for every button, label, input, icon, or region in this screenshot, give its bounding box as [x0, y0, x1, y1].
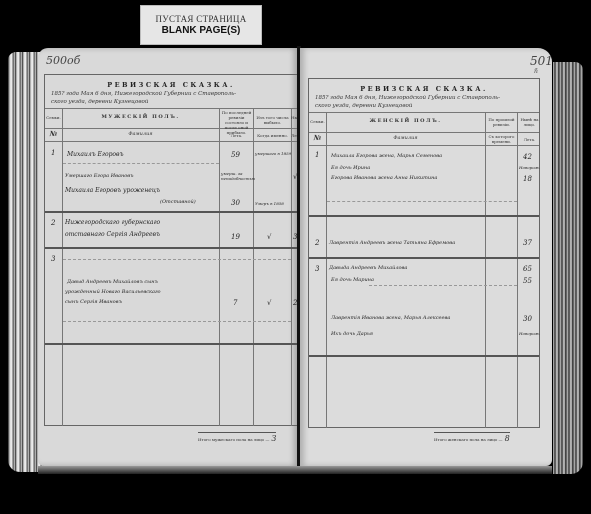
entry-age-prev: 7: [233, 299, 237, 307]
entry-name: урожденный Новаго Васильевскаго: [65, 289, 161, 295]
header-family: Семьи.: [45, 115, 62, 120]
entry-name: Давыда Андреевъ Михайлова: [329, 265, 407, 271]
entry-name: Михаила Егоровъ уроженецъ: [65, 187, 160, 194]
entry-age-prev: умерш. за ненадобностью: [221, 171, 253, 181]
entry-name: Ихъ дочь Дарья: [331, 331, 373, 337]
blank-page-label-en: BLANK PAGE(S): [141, 25, 261, 36]
header-female-sex: ЖЕНСКІЙ ПОЛЪ.: [326, 119, 485, 124]
dateline-line-1: 185? года Мая 6 дня, Нижегородской Губер…: [51, 90, 293, 98]
entry-age: Новорож.: [519, 331, 540, 336]
entry-name: Михаилъ Егоровъ: [67, 151, 124, 158]
male-total-label: Итого мужескаго пола на лицо —: [198, 437, 269, 442]
entry-name: Давыд Андреевъ Михайловъ сынъ: [67, 279, 158, 285]
blank-page-label-ru: ПУСТАЯ СТРАНИЦА: [141, 14, 261, 24]
entry-age-prev: 30: [231, 199, 240, 207]
entry-departed-note: умершаго в 1859: [255, 151, 291, 156]
revision-form-female: РЕВИЗСКАЯ СКАЗКА. 185? года Мая 6 дня, Н…: [308, 78, 540, 428]
revision-form-male: РЕВИЗСКАЯ СКАЗКА. 185? года Мая 6 дня, Н…: [44, 74, 298, 426]
female-total-value: 8: [505, 434, 510, 443]
entry-name: Михаила Егорова жена, Марья Семенова: [331, 153, 442, 159]
header-now: Нынѣ на лицо.: [518, 117, 541, 127]
entry-name: (Отставной): [160, 199, 196, 205]
entry-age: 37: [523, 239, 532, 247]
entry-name: Ея дочь Ирина: [331, 165, 370, 171]
male-total-footer: Итого мужескаго пола на лицо —3: [198, 432, 276, 443]
entry-departed-note: √: [267, 299, 271, 307]
female-total-footer: Итого женскаго пола на лицо —8: [434, 432, 510, 443]
header-since-when: Съ которого времени.: [486, 134, 517, 144]
entry-age: 42: [523, 153, 532, 161]
male-total-value: 3: [271, 434, 276, 443]
entry-age-prev: 19: [231, 233, 240, 241]
family-number: 2: [315, 239, 319, 247]
entry-age-prev: 59: [231, 151, 240, 159]
folio-number-left: 500об: [46, 54, 80, 67]
entry-name: отставнаго Сергія Андреевъ: [65, 231, 160, 238]
header-previous-revision: По последней ревизіи состояло и после он…: [220, 110, 253, 135]
folio-sub-mark: ñ: [534, 68, 538, 75]
family-number: 1: [51, 149, 55, 157]
entry-name: Лаврентія Иванова жена, Марья Алексеева: [331, 315, 450, 321]
family-number: 2: [51, 219, 55, 227]
dateline-line-2: ского уезда, деревни Кузнецовой: [315, 102, 535, 110]
family-number: 3: [51, 255, 55, 263]
left-page: 500об РЕВИЗСКАЯ СКАЗКА. 185? года Мая 6 …: [38, 48, 298, 466]
form-title: РЕВИЗСКАЯ СКАЗКА.: [309, 85, 539, 93]
entry-age: 18: [523, 175, 532, 183]
header-now-age: Лета.: [518, 137, 541, 142]
header-family: Семьи.: [309, 119, 326, 124]
book-bottom-edge: [38, 466, 552, 474]
header-male-sex: МУЖЕСКІЙ ПОЛЪ.: [62, 115, 219, 120]
entry-name: Умершаго Егора Ивановъ: [65, 173, 134, 179]
entry-age: 55: [523, 277, 532, 285]
blank-page-label: ПУСТАЯ СТРАНИЦА BLANK PAGE(S): [140, 5, 262, 45]
header-number-mark: №: [309, 135, 326, 140]
page-edges-right: [553, 62, 583, 474]
entry-name: Егорова Иванова жена Анна Никитина: [331, 175, 437, 181]
entry-name: Нижегородскаго губернскаго: [65, 219, 160, 226]
header-when: Когда именно.: [254, 133, 291, 138]
dateline-line-2: ского уезда, деревни Кузнецовой: [51, 98, 293, 106]
folio-number-right: 501: [530, 54, 553, 68]
open-ledger-book: 500об РЕВИЗСКАЯ СКАЗКА. 185? года Мая 6 …: [8, 48, 583, 478]
entry-name: сынъ Сергія Ивановъ: [65, 299, 122, 305]
form-dateline: 185? года Мая 6 дня, Нижегородской Губер…: [315, 94, 535, 110]
header-prev-age: Лета.: [220, 133, 253, 138]
form-title: РЕВИЗСКАЯ СКАЗКА.: [45, 81, 297, 89]
right-page: 501 ñ РЕВИЗСКАЯ СКАЗКА. 185? года Мая 6 …: [300, 48, 552, 466]
header-surname: Фамилия: [326, 136, 485, 141]
female-total-label: Итого женскаго пола на лицо —: [434, 437, 503, 442]
header-previous-revision: По прошлой ревизіи.: [486, 117, 517, 127]
entry-name: Ея дочь Марина: [331, 277, 374, 283]
family-number: 1: [315, 151, 319, 159]
family-number: 3: [315, 265, 319, 273]
entry-departed-note: √: [267, 233, 271, 241]
header-departed: Изъ того числа выбыло.: [254, 115, 291, 125]
entry-age: 30: [523, 315, 532, 323]
entry-departed-note: Умеръ в 1858: [255, 201, 284, 206]
entry-age: Новорож.: [519, 165, 540, 170]
entry-name: Лаврентія Андреевъ жена Татьяна Ефремова: [329, 240, 455, 246]
form-dateline: 185? года Мая 6 дня, Нижегородской Губер…: [51, 90, 293, 106]
header-number-mark: №: [45, 131, 62, 136]
header-surname: Фамилия: [62, 132, 219, 137]
entry-age: 65: [523, 265, 532, 273]
dateline-line-1: 185? года Мая 6 дня, Нижегородской Губер…: [315, 94, 535, 102]
